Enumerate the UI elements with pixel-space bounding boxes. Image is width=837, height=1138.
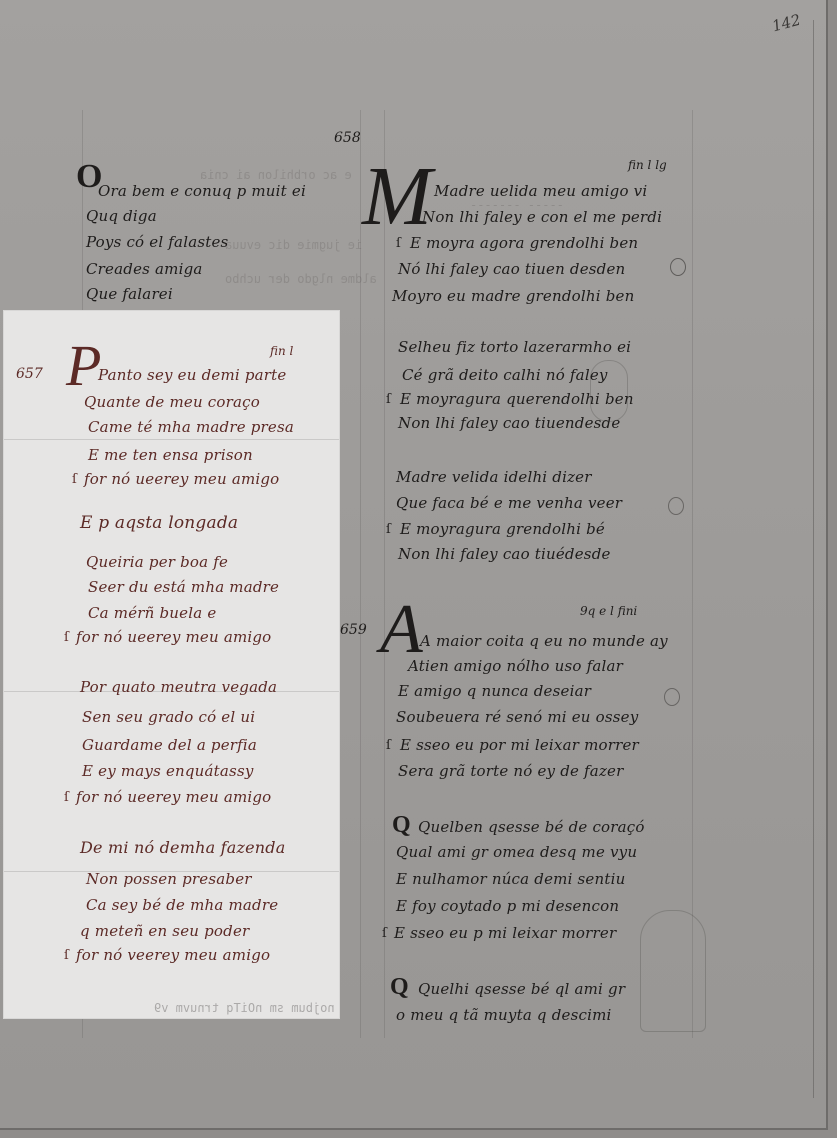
refrain-line: for nó ueerey meu amigo [76, 628, 271, 646]
refrain-line: for nó ueerey meu amigo [84, 470, 279, 488]
verse-line: Non lhi faley e con el me perdi [422, 208, 662, 226]
refrain-line: E sseo eu por mi leixar morrer [400, 736, 639, 754]
bleed-through-initial [640, 910, 706, 1032]
refrain-mark: ſ [64, 630, 69, 645]
bleed-through-flourish [670, 258, 686, 276]
ruling-line [4, 439, 339, 440]
bleed-through-text: nojbum sm nOiTq trnuvm v9 [154, 1001, 335, 1015]
verse-line: Atien amigo nólho uso falar [408, 657, 623, 675]
verse-line: A maior coita q eu no munde ay [420, 632, 668, 650]
verse-line: Que falarei [86, 285, 173, 303]
poem-number: 659 [340, 622, 367, 638]
verse-line: E ey mays enquátassy [82, 762, 254, 780]
marginal-note: 9q e l fini [580, 604, 637, 618]
bleed-through-text: e ac orbhilon ai cnia [200, 168, 352, 182]
initial-q: Q [390, 974, 409, 1001]
refrain-line: E sseo eu p mi leixar morrer [394, 924, 616, 942]
verse-line: E foy coytado p mi desencon [396, 897, 619, 915]
folio-number: 142 [770, 11, 802, 36]
verse-line: E nulhamor núca demi sentiu [396, 870, 625, 888]
verse-line: Non lhi faley cao tiuédesde [398, 545, 611, 563]
refrain-mark: ſ [64, 790, 69, 805]
refrain-line: for nó veerey meu amigo [76, 946, 270, 964]
verse-line: E amigo q nunca deseiar [398, 682, 591, 700]
verse-line: E p aqsta longada [80, 513, 238, 533]
verse-line: q meteñ en seu poder [80, 922, 249, 940]
verse-line: Quante de meu coraço [84, 393, 260, 411]
verse-line: De mi nó demha fazenda [80, 838, 285, 857]
verse-line: Nó lhi faley cao tiuen desden [398, 260, 625, 278]
verse-line: Ca mérñ buela e [88, 604, 216, 622]
verse-line: Soubeuera ré senó mi eu ossey [396, 708, 638, 726]
verse-line: Madre uelida meu amigo vi [434, 182, 647, 200]
verse-line: Came té mha madre presa [88, 418, 294, 436]
decorated-initial-m: M [362, 148, 432, 245]
marginal-note: fin l [270, 344, 293, 358]
verse-line: Qual ami gr omea desq me vyu [396, 843, 637, 861]
refrain-mark: ſ [386, 522, 391, 537]
page-edge [813, 20, 814, 1098]
verse-line: Poys có el falastes [86, 233, 228, 251]
verse-line: Quelben qsesse bé de coraçó [418, 818, 645, 836]
refrain-mark: ſ [386, 738, 391, 753]
manuscript-page: e ac orbhilon ai cnia ie jugmie dic evuu… [0, 0, 828, 1130]
verse-line: Guardame del a perfia [82, 736, 257, 754]
verse-line: Ca sey bé de mha madre [86, 896, 278, 914]
verse-line: Moyro eu madre grendolhi ben [392, 287, 634, 305]
verse-line: Panto sey eu demi parte [98, 366, 286, 384]
verse-line: Ora bem e conuq p muit ei [98, 182, 306, 200]
verse-line: Seer du está mha madre [88, 578, 279, 596]
verse-line: Por quato meutra vegada [80, 678, 277, 696]
verse-line: Cé grã deito calhi nó faley [402, 366, 608, 384]
verse-line: Sen seu grado có el ui [82, 708, 255, 726]
verse-line: Non lhi faley cao tiuendesde [398, 414, 620, 432]
verse-line: Non possen presaber [86, 870, 252, 888]
verse-line: Queiria per boa fe [86, 553, 228, 571]
verse-line: Quelhi qsesse bé ql ami gr [418, 980, 625, 998]
bleed-through-initial [590, 360, 628, 422]
refrain-mark: ſ [382, 926, 387, 941]
verse-line: Que faca bé e me venha veer [396, 494, 622, 512]
verse-line: o meu q tã muyta q descimi [396, 1006, 612, 1024]
decorated-initial-p: P [66, 332, 101, 399]
bleed-through-text: aldme nlgdo der uchbo [225, 272, 377, 286]
verse-line: Madre velida idelhi dizer [396, 468, 592, 486]
ruling-line [692, 110, 693, 1038]
bleed-through-flourish [664, 688, 680, 706]
verse-line: Selheu fiz torto lazerarmho ei [398, 338, 631, 356]
refrain-mark: ſ [64, 948, 69, 963]
refrain-mark: ſ [72, 472, 77, 487]
bleed-through-text: ie jugmie dic evuua [225, 238, 362, 252]
refrain-line: E moyra agora grendolhi ben [410, 234, 638, 252]
verse-line: E me ten ensa prison [88, 446, 253, 464]
refrain-line: E moyragura grendolhi bé [400, 520, 605, 538]
poem-number: 657 [16, 366, 43, 382]
refrain-line: for nó ueerey meu amigo [76, 788, 271, 806]
verse-line: Sera grã torte nó ey de fazer [398, 762, 624, 780]
poem-number: 658 [334, 130, 361, 146]
marginal-note: fin l lg [628, 158, 667, 172]
ruling-line [384, 110, 385, 1038]
initial-q: Q [392, 812, 411, 839]
refrain-mark: ſ [386, 392, 391, 407]
refrain-mark: ſ [396, 236, 401, 251]
verse-line: Quq diga [86, 207, 157, 225]
verse-line: Creades amiga [86, 260, 203, 278]
bleed-through-flourish [668, 497, 684, 515]
